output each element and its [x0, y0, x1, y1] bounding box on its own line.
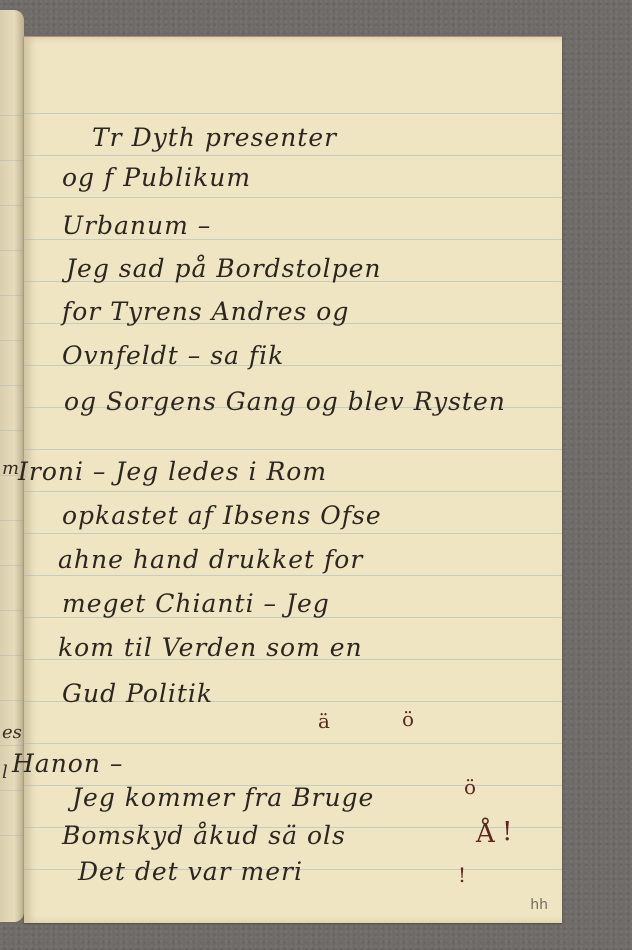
- handwritten-line: Jeg sad på Bordstolpen: [66, 254, 382, 283]
- ruled-line: [0, 835, 24, 836]
- handwritten-line: kom til Verden som en: [58, 633, 363, 662]
- handwritten-line: og Sorgens Gang og blev Rysten: [64, 387, 506, 416]
- ruled-line: [0, 295, 24, 296]
- handwritten-line: Ovnfeldt – sa fik: [62, 341, 284, 370]
- left-page-fragment: l: [2, 762, 8, 783]
- handwritten-line: ahne hand drukket for: [58, 545, 363, 574]
- ink-mark: ö: [464, 775, 476, 799]
- ruled-line: [0, 250, 24, 251]
- ruled-line: [0, 565, 24, 566]
- handwritten-line: Ironi – Jeg ledes i Rom: [18, 457, 327, 486]
- ruled-line: [24, 197, 562, 198]
- left-page-fragment: es: [2, 722, 22, 743]
- ruled-line: [0, 385, 24, 386]
- ruled-line: [0, 430, 24, 431]
- handwritten-line: Jeg kommer fra Bruge: [72, 783, 374, 812]
- handwritten-line: Det det var meri: [78, 857, 303, 886]
- ruled-line: [24, 155, 562, 156]
- ruled-line: [0, 610, 24, 611]
- handwritten-line: Tr Dyth presenter: [92, 123, 337, 152]
- left-page-fragment: m: [2, 458, 19, 479]
- ink-mark: Å: [476, 819, 495, 849]
- ruled-line: [24, 491, 562, 492]
- handwritten-line: Hanon –: [12, 749, 123, 778]
- ruled-line: [0, 340, 24, 341]
- page-number: hh: [530, 897, 548, 913]
- handwritten-line: Gud Politik: [62, 679, 213, 708]
- ruled-line: [0, 700, 24, 701]
- handwritten-line: Bomskyd åkud sä ols: [62, 821, 346, 850]
- ruled-line: [24, 449, 562, 450]
- ink-mark: ä: [318, 709, 330, 733]
- ruled-line: [0, 160, 24, 161]
- ruled-line: [24, 743, 562, 744]
- handwritten-line: og f Publikum: [62, 163, 251, 192]
- ruled-line: [0, 115, 24, 116]
- ink-mark: !: [458, 863, 466, 887]
- ink-mark: !: [502, 817, 512, 847]
- notebook-page: Tr Dyth presenter og f Publikum Urbanum …: [24, 36, 562, 923]
- ink-mark: ö: [402, 707, 414, 731]
- handwritten-line: meget Chianti – Jeg: [62, 589, 330, 618]
- ruled-line: [24, 575, 562, 576]
- ruled-line: [0, 745, 24, 746]
- ruled-line: [0, 790, 24, 791]
- ruled-line: [0, 520, 24, 521]
- handwritten-line: for Tyrens Andres og: [62, 297, 349, 326]
- ruled-line: [0, 655, 24, 656]
- ruled-line: [24, 533, 562, 534]
- ruled-line: [24, 113, 562, 114]
- ruled-line: [0, 205, 24, 206]
- handwritten-line: opkastet af Ibsens Ofse: [62, 501, 382, 530]
- handwritten-line: Urbanum –: [62, 211, 211, 240]
